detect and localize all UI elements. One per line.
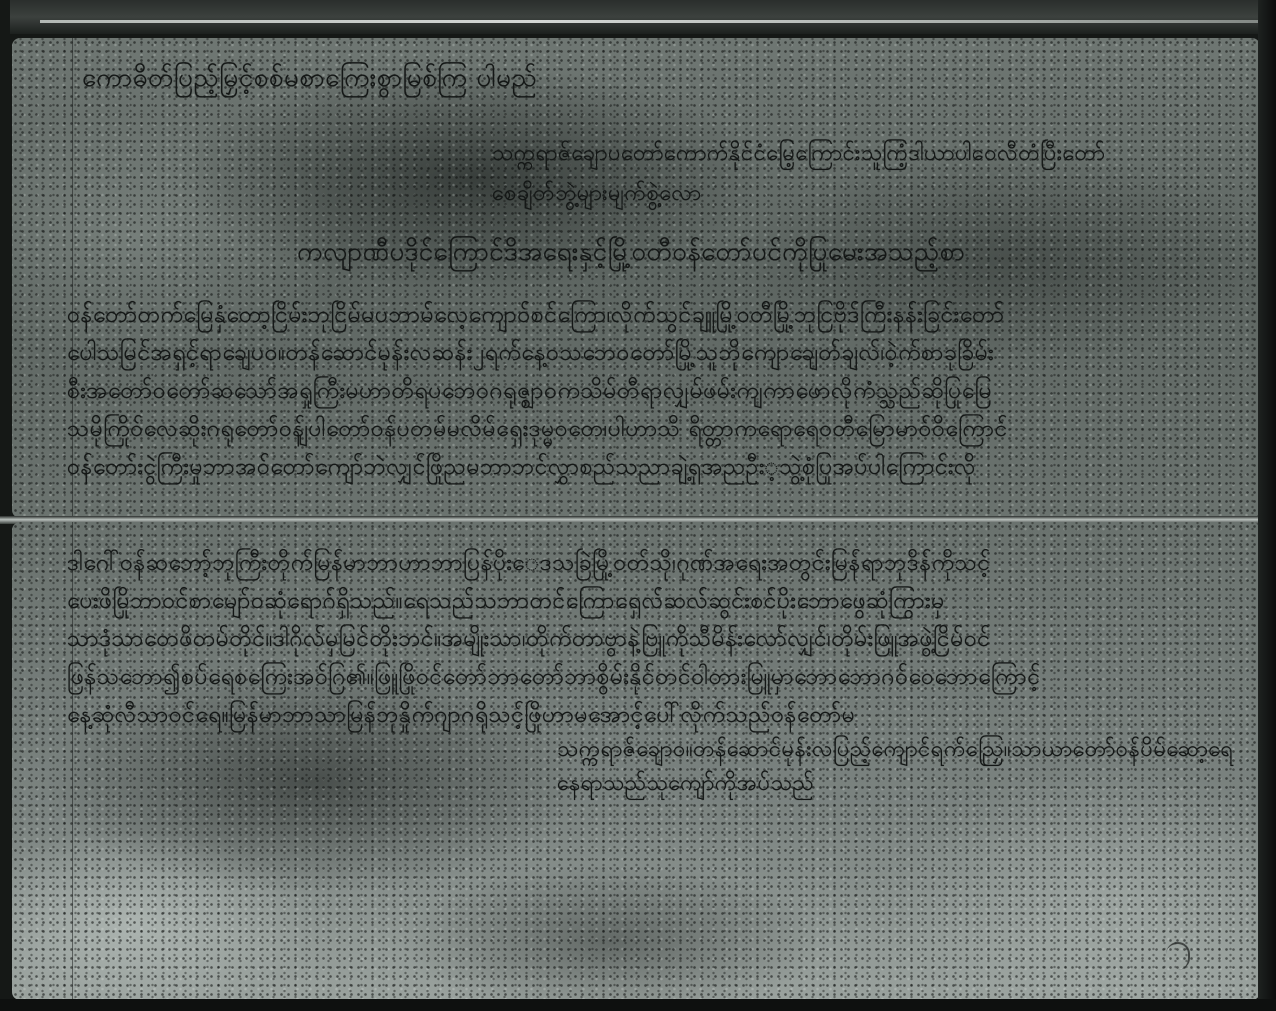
manuscript-right-edge [1258, 0, 1276, 1011]
manuscript-lower-panel: ဒါဂေါ်ဝန်ဆဘော့်ဘုကြီးတိုက်မြန်မာဘာဟာဘာပြ… [12, 522, 1260, 1000]
closing-line-1: သက္ကရာဇ်ချော၀။တန်ဆောင်မုန်းလပြည့်ကျောင်ရ… [557, 734, 1257, 767]
paragraph-line: ဝန်တော်းငွဲကြီးမှုဘာအ​ဝ်တော်ကျော်ဘဲလျှင်… [67, 452, 1247, 486]
paragraph-line: ဝန်တော်တက်မြေနှံတော့ငြိမ်းဘုငြိမ်မပဘာမ်လ… [67, 300, 1247, 334]
manuscript-upper-panel: ကောဓိတ်ပြည့်မြှင့်စစ်မစာကြေးစွာမြစ်ကြ ပါ… [12, 38, 1260, 518]
document-title: ကလျာဏီပဒိုင်ကြောင်ဒိအရေးနှင့်မြို့ဝတီဝန်… [297, 234, 1037, 273]
header-line: ကောဓိတ်ပြည့်မြှင့်စစ်မစာကြေးစွာမြစ်ကြ ပါ… [82, 60, 642, 99]
manuscript-bottom-edge [0, 999, 1276, 1011]
paragraph-line: သာဒုံသာတေဖိတမ်တိုင်။ဒါဂိုလ်မှမြင်တိုးဘင်… [67, 624, 1247, 658]
manuscript-top-edge [10, 0, 1276, 34]
paragraph-line: ဒါဂေါ်ဝန်ဆဘော့်ဘုကြီးတိုက်မြန်မာဘာဟာဘာပြ… [67, 548, 1247, 582]
paragraph-line: သမိုကြိုဝ်လေဆိုးဂရုတော်ဝန်ျပါတော်ဝန်ပတမ်… [67, 414, 1247, 448]
closing-line-2: နေရာသည်သုကျော်ကိုအပ်သည် [557, 768, 847, 801]
paragraph-line: ပေါသမြင်အရှင့်ရာချေပ၀။တန်ဆောင်မုန်းလဆန်း… [67, 338, 1247, 372]
manuscript-photograph: ကောဓိတ်ပြည့်မြှင့်စစ်မစာကြေးစွာမြစ်ကြ ပါ… [0, 0, 1276, 1011]
subheading-line-2: စေချိတ်ဘွဲ့များမျက်စွဲ့လော [492, 178, 792, 211]
paragraph-line: ပေးဖိမြိုဘာဝင်စာမျော်ဝဆုံရောဂ်ရှိသည်။ရေသ… [67, 586, 1247, 620]
paragraph-line: နေ့ဆုံလီသာဝင်ရေ။မြန်မာဘာသာမြန်ဘုနှိုက်ဂျ… [67, 700, 1247, 734]
subheading-line-1: သက္ကရာဇ်ချောပတော်ကောက်နိုင်ငံမြေ့ကြောင်း… [492, 138, 1260, 171]
ink-mark-icon [1166, 942, 1190, 970]
paragraph-line: စီးအတော်ဝတော်ဆသော်အရှုကြီးမဟာတိရပဘေဝဂရုဇ… [67, 376, 1247, 410]
paragraph-line: ဖြန်သဘော၍စပ်ရေစကြေးအ​ဝ်ဂြ၏။ဖြူဖြိုဝင်တော… [67, 662, 1247, 696]
